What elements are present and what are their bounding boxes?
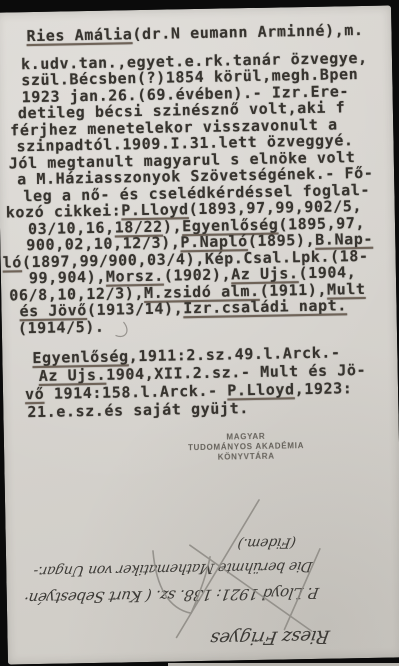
typed-segment: vő [25, 385, 45, 403]
typed-segment: ló [2, 253, 22, 271]
typed-line: Ries Amália(dr.N eumann Arminné),m. [26, 21, 391, 44]
typed-segment: (1914/5). [18, 317, 105, 337]
handwritten-reference: P. Lloyd 1921: 138. sz. ( Kurt Sebestyén… [25, 584, 320, 607]
typed-segment: Egyenlőség [32, 347, 129, 367]
handwritten-signature: Riesz Frigyes [26, 626, 331, 653]
typed-segment: (1913/14), [87, 299, 184, 319]
catalog-card: Ries Amália(dr.N eumann Arminné),m.k.udv… [0, 5, 399, 664]
typed-segment: ,1923: [295, 379, 353, 398]
typed-segment: 21.e.sz.és saját gyüjt. [27, 399, 249, 421]
typed-segment: Izr.családi napt. [183, 296, 347, 317]
handwritten-note: Riesz Frigyes P. Lloyd 1921: 138. sz. ( … [25, 502, 364, 658]
library-stamp: MAGYAR TUDOMÁNYOS AKADÉMIA KÖNYVTÁRA [180, 431, 313, 463]
handwritten-note-line: (Fidem.) [25, 534, 297, 555]
bio-paragraph: Ries Amália(dr.N eumann Arminné),m.k.udv… [0, 21, 397, 336]
references-paragraph: Egyenlőség,1911:2.sz.49.l.Arck.-Az Ujs.1… [2, 342, 398, 421]
typed-segment: Az Ujs. [39, 366, 107, 385]
handwritten-note-line: Die berühmte Mathematiker von Ungar.- [25, 558, 313, 579]
typed-segment: Ries Amália [26, 25, 132, 45]
typed-segment: P.Lloyd [227, 380, 295, 399]
typed-segment: (dr.N eumann Arminné),m. [132, 21, 363, 43]
